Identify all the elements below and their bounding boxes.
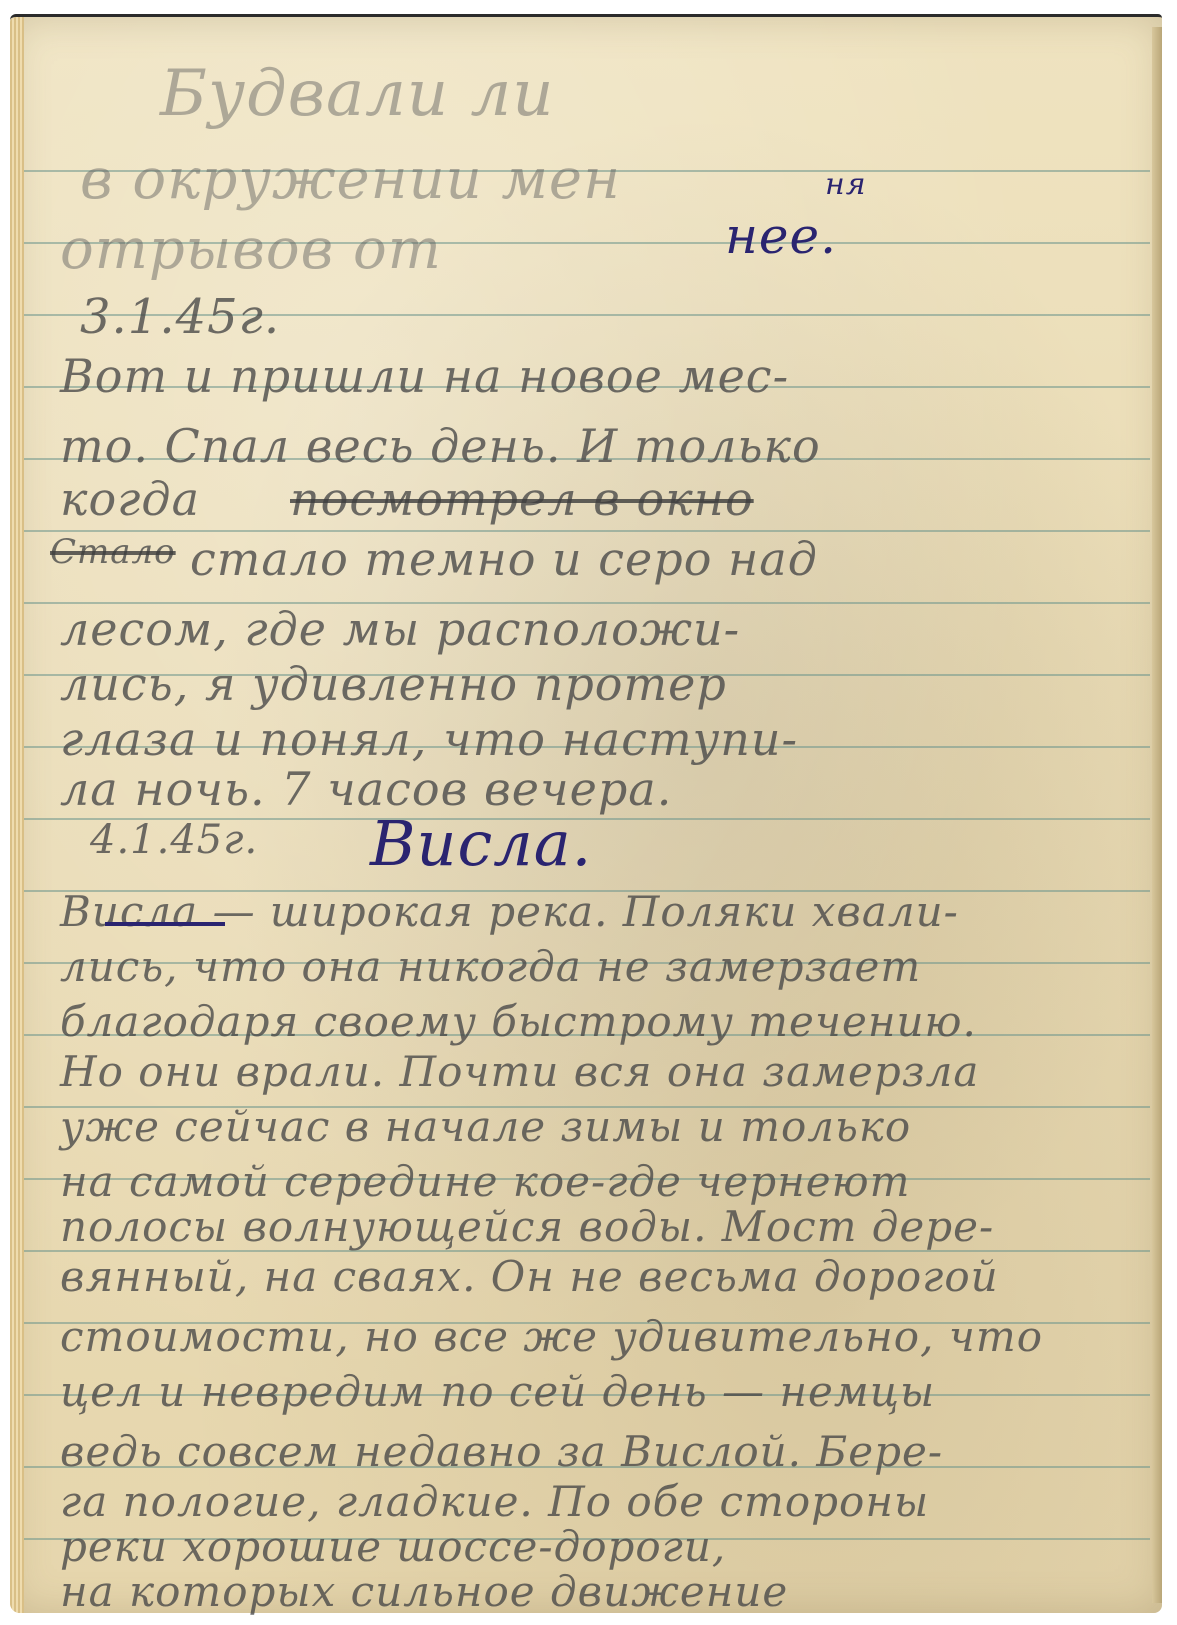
notebook-page: Будвали ли в окружении мен отрывов от ня… [10, 14, 1162, 1613]
entry-line: лись, что она никогда не замерзает [60, 942, 921, 991]
entry-line: на самой середине кое-где чернеют [60, 1157, 910, 1206]
entry-line: Висла — широкая река. Поляки хвали- [60, 887, 959, 936]
ink-underline [105, 922, 225, 926]
entry-line: благодаря своему быстрому течению. [60, 997, 977, 1046]
entry-line: то. Спал весь день. И только [60, 419, 821, 473]
struck-text: посмотрел в окно [290, 472, 754, 526]
page-stack-edge-left [10, 17, 24, 1613]
entry-line: на которых сильное движение [60, 1567, 788, 1616]
entry-line: когда [60, 472, 200, 526]
entry-line: лесом, где мы расположи- [60, 602, 740, 656]
fragment-line: отрывов от [60, 217, 442, 282]
ink-correction-superscript: ня [825, 167, 867, 202]
ink-correction: нее. [725, 207, 837, 265]
fragment-line: в окружении мен [80, 147, 621, 212]
entry-line: стоимости, но все же удивительно, что [60, 1312, 1043, 1361]
entry-line: Но они врали. Почти вся она замерзла [60, 1047, 979, 1096]
entry-title: Висла. [370, 807, 592, 880]
struck-margin-word: Стало [50, 532, 176, 572]
entry-line: лись, я удивленно протер [60, 657, 727, 711]
entry-line: полосы волнующейся воды. Мост дере- [60, 1202, 994, 1251]
entry-line: цел и невредим по сей день — немцы [60, 1367, 935, 1416]
entry-line: уже сейчас в начале зимы и только [60, 1102, 911, 1151]
entry-date: 4.1.45г. [90, 817, 258, 863]
entry-line: га пологие, гладкие. По обе стороны [60, 1477, 929, 1526]
page-edge-right [1152, 27, 1162, 1603]
entry-date: 3.1.45г. [80, 289, 280, 345]
entry-line: реки хорошие шоссе-дороги, [60, 1522, 726, 1571]
entry-line: глаза и понял, что наступи- [60, 712, 798, 766]
entry-line: вянный, на сваях. Он не весьма дорогой [60, 1252, 999, 1301]
entry-line: стало темно и серо над [190, 532, 818, 586]
fragment-line: Будвали ли [160, 57, 554, 131]
entry-line: Вот и пришли на новое мес- [60, 349, 789, 403]
entry-line: ведь совсем недавно за Вислой. Бере- [60, 1427, 943, 1476]
